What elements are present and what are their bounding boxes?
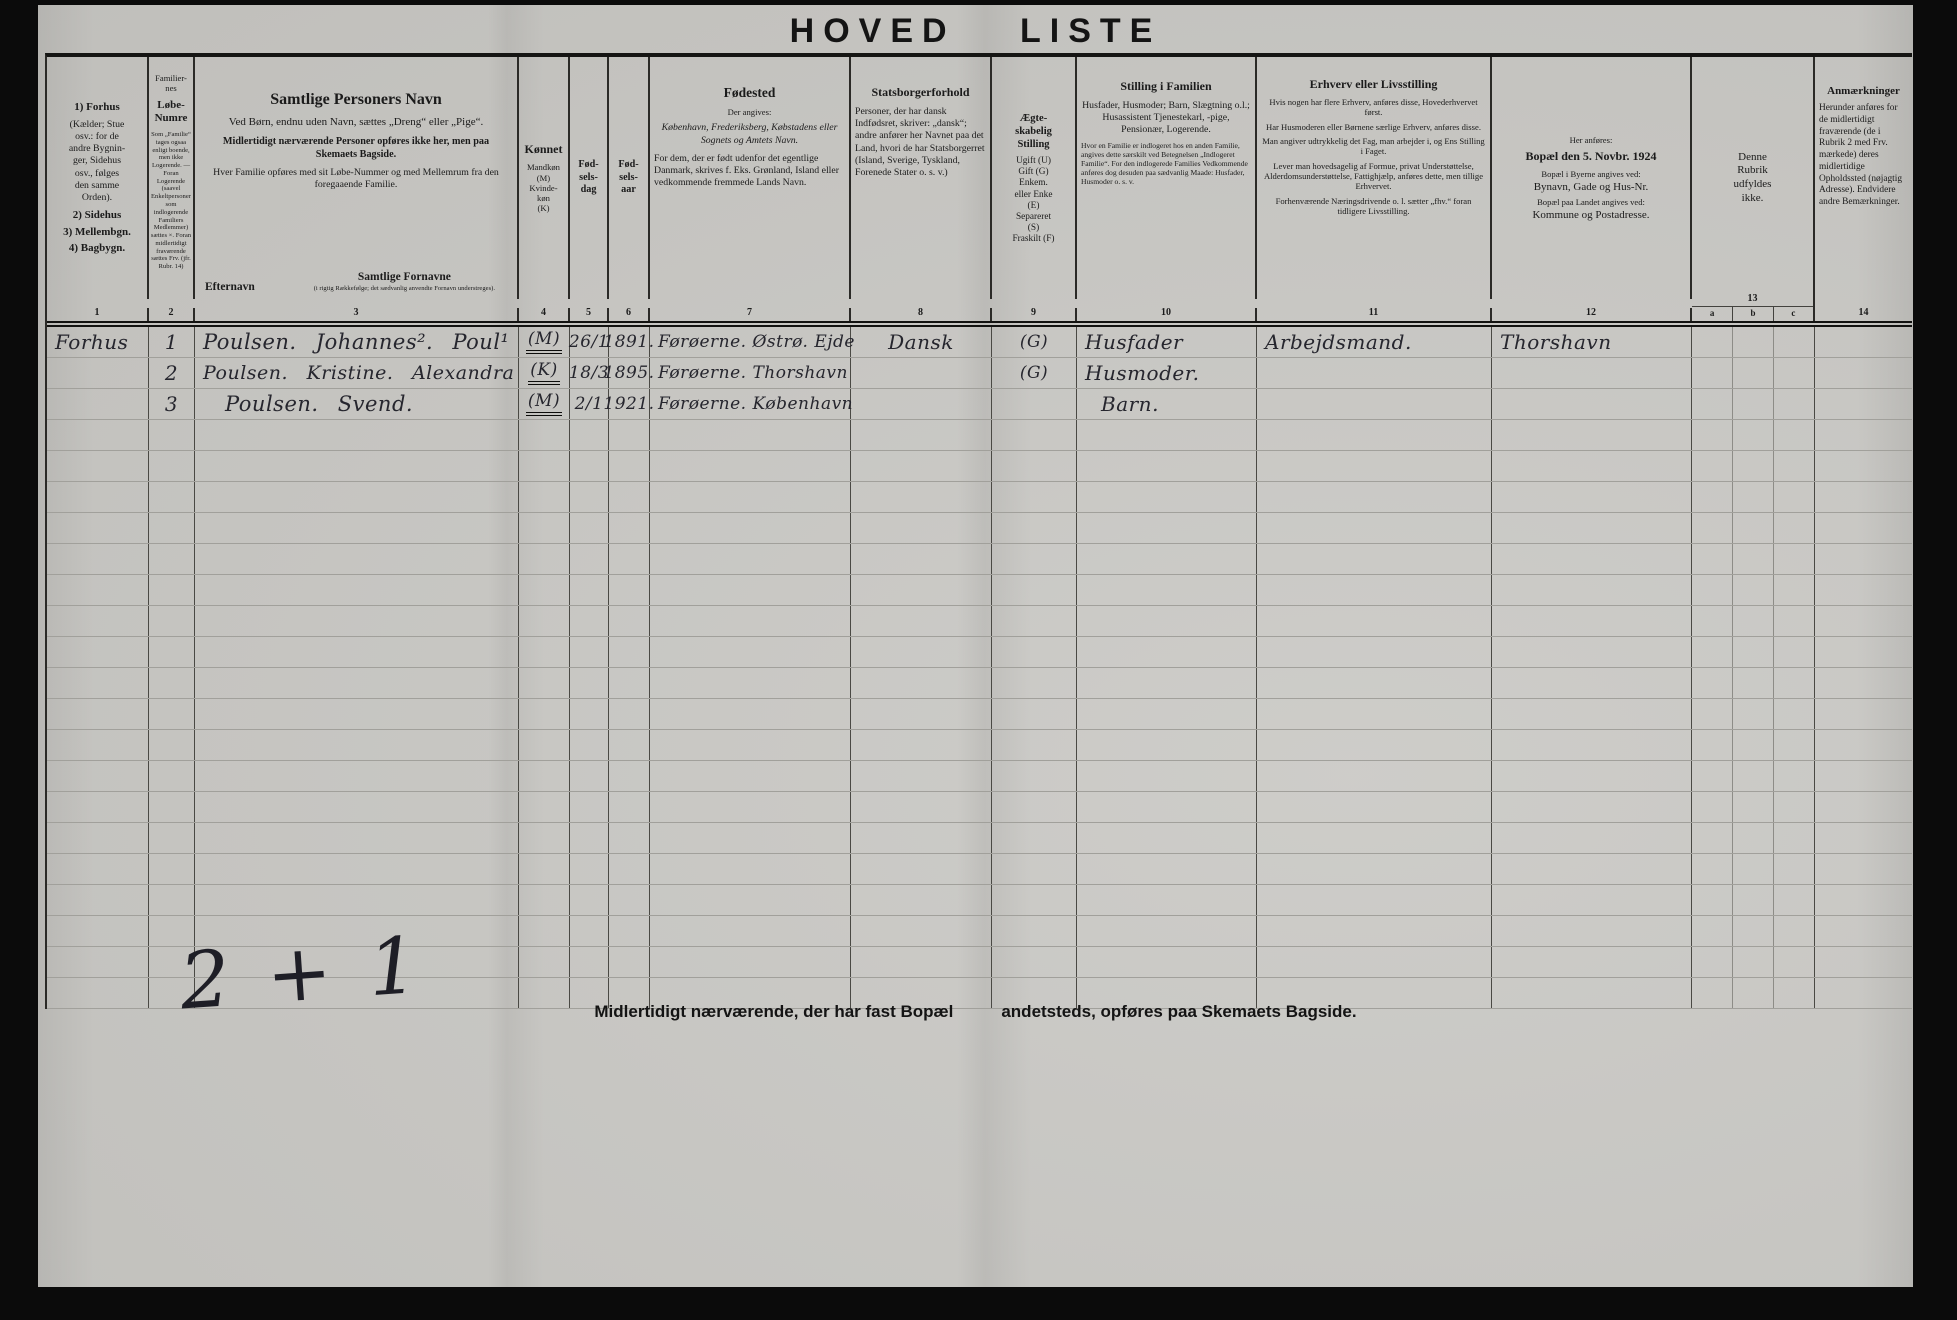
col-header-marital-status: Ægte- skabelig Stilling Ugift (U) Gift (… — [992, 57, 1077, 299]
col-num-6: 6 — [609, 308, 650, 321]
page-title: HOVED LISTE — [38, 12, 1913, 51]
table-row-empty — [47, 482, 1912, 513]
cell-residence: Thorshavn — [1492, 327, 1692, 357]
cell-citizenship: Dansk — [851, 327, 992, 357]
col-header-birth-day: Fød- sels- dag — [570, 57, 609, 299]
col-num-12: 12 — [1492, 308, 1692, 321]
cell-13a — [1692, 327, 1733, 357]
table-row-empty — [47, 792, 1912, 823]
cell-name: Poulsen. Johannes². Poul¹ — [195, 327, 519, 357]
col-num-10: 10 — [1077, 308, 1257, 321]
table-row-empty — [47, 451, 1912, 482]
cell-birthplace: Førøerne. København — [650, 389, 851, 419]
table-row-empty — [47, 823, 1912, 854]
footer-note-right: andetsteds, opføres paa Skemaets Bagside… — [1001, 1002, 1356, 1022]
col-header-sex: Kønnet Mandkøn (M) Kvinde- køn (K) — [519, 57, 570, 299]
col-num-8: 8 — [851, 308, 992, 321]
col-num-3: 3 — [195, 308, 519, 321]
col-header-family-position: Stilling i Familien Husfader, Husmoder; … — [1077, 57, 1257, 299]
col-num-11: 11 — [1257, 308, 1492, 321]
cell-remarks — [1815, 327, 1912, 357]
footer-note-left: Midlertidigt nærværende, der har fast Bo… — [594, 1002, 953, 1022]
cell-sex: (K) — [519, 358, 570, 388]
col-num-13-abc: a b c — [1692, 306, 1813, 321]
table-header: 1) Forhus (Kælder; Stue osv.: for de and… — [47, 57, 1912, 299]
col-header-family-number: Familier- nes Løbe- Numre Som „Familie“ … — [149, 57, 195, 299]
cell-number: 3 — [149, 389, 195, 419]
table-row-empty — [47, 513, 1912, 544]
cell-marital: (G) — [992, 358, 1077, 388]
table-row-empty — [47, 420, 1912, 451]
col-header-birth-year: Fød- sels- aar — [609, 57, 650, 299]
scanned-census-form: { "title": "HOVED LISTE", "colors": { "p… — [0, 0, 1957, 1320]
col-header-remarks: Anmærkninger Herunder anføres for de mid… — [1815, 57, 1912, 299]
col-num-14: 14 — [1815, 308, 1912, 321]
cell-number: 2 — [149, 358, 195, 388]
col-num-7: 7 — [650, 308, 851, 321]
col-header-office-use: Denne Rubrik udfyldes ikke. — [1692, 57, 1815, 299]
cell-birthplace: Førøerne. Thorshavn — [650, 358, 851, 388]
col-num-13: 13 a b c — [1692, 294, 1815, 321]
cell-13b — [1733, 327, 1774, 357]
cell-name: Poulsen. Svend. — [195, 389, 519, 419]
col-header-names: Samtlige Personers Navn Ved Børn, endnu … — [195, 57, 519, 299]
cell-13b — [1733, 358, 1774, 388]
cell-family-position: Barn. — [1077, 389, 1257, 419]
cell-birthplace: Førøerne. Østrø. Ejde — [650, 327, 851, 357]
col-num-9: 9 — [992, 308, 1077, 321]
table-row-empty — [47, 637, 1912, 668]
col-num-2: 2 — [149, 308, 195, 321]
col-num-13c: c — [1773, 307, 1813, 321]
cell-marital — [992, 389, 1077, 419]
cell-marital: (G) — [992, 327, 1077, 357]
cell-occupation: Arbejdsmand. — [1257, 327, 1492, 357]
cell-building — [47, 389, 149, 419]
table-row-empty — [47, 885, 1912, 916]
cell-remarks — [1815, 389, 1912, 419]
cell-13c — [1774, 358, 1815, 388]
cell-birth-year: 1895. — [609, 358, 650, 388]
table-row: Forhus 1 Poulsen. Johannes². Poul¹ (M) 2… — [47, 327, 1912, 358]
table-row-empty — [47, 761, 1912, 792]
table-row-empty — [47, 575, 1912, 606]
cell-residence — [1492, 389, 1692, 419]
footer-note: Midlertidigt nærværende, der har fast Bo… — [38, 1002, 1913, 1022]
cell-name: Poulsen. Kristine. Alexandra — [195, 358, 519, 388]
cell-13a — [1692, 389, 1733, 419]
names-subheader: Efternavn Samtlige Fornavne (i rigtig Ræ… — [199, 271, 513, 293]
column-number-row: 1 2 3 4 5 6 7 8 9 10 11 12 13 a b c 14 — [47, 299, 1912, 327]
table-row-empty — [47, 544, 1912, 575]
cell-birth-year: 1921. — [609, 389, 650, 419]
table-row: 2 Poulsen. Kristine. Alexandra (K) 18/3 … — [47, 358, 1912, 389]
cell-13c — [1774, 389, 1815, 419]
col-header-occupation: Erhverv eller Livsstilling Hvis nogen ha… — [1257, 57, 1492, 299]
cell-citizenship — [851, 358, 992, 388]
table-row-empty — [47, 606, 1912, 637]
cell-occupation — [1257, 389, 1492, 419]
cell-remarks — [1815, 358, 1912, 388]
col-num-4: 4 — [519, 308, 570, 321]
cell-residence — [1492, 358, 1692, 388]
cell-family-position: Husfader — [1077, 327, 1257, 357]
col-num-13b: b — [1732, 307, 1772, 321]
forenames-label: Samtlige Fornavne (i rigtig Rækkefølge; … — [314, 271, 495, 293]
col-header-residence: Her anføres: Bopæl den 5. Novbr. 1924 Bo… — [1492, 57, 1692, 299]
table-row: 3 Poulsen. Svend. (M) 2/1 1921. Førøerne… — [47, 389, 1912, 420]
table-body: Forhus 1 Poulsen. Johannes². Poul¹ (M) 2… — [47, 327, 1912, 1009]
document-page: HOVED LISTE 1) Forhus (Kælder; Stue osv.… — [38, 5, 1913, 1287]
table-row-empty — [47, 854, 1912, 885]
cell-sex: (M) — [519, 327, 570, 357]
col-header-citizenship: Statsborgerforhold Personer, der har dan… — [851, 57, 992, 299]
col-num-5: 5 — [570, 308, 609, 321]
cell-family-position: Husmoder. — [1077, 358, 1257, 388]
cell-sex: (M) — [519, 389, 570, 419]
col-header-birthplace: Fødested Der angives: København, Frederi… — [650, 57, 851, 299]
census-table: 1) Forhus (Kælder; Stue osv.: for de and… — [45, 53, 1912, 1009]
cell-13b — [1733, 389, 1774, 419]
table-row-empty — [47, 668, 1912, 699]
table-row-empty — [47, 699, 1912, 730]
cell-citizenship — [851, 389, 992, 419]
cell-13a — [1692, 358, 1733, 388]
col-num-1: 1 — [47, 308, 149, 321]
cell-building: Forhus — [47, 327, 149, 357]
cell-building — [47, 358, 149, 388]
table-row-empty — [47, 730, 1912, 761]
cell-occupation — [1257, 358, 1492, 388]
col-num-13a: a — [1692, 307, 1732, 321]
surname-label: Efternavn — [199, 281, 255, 293]
col-header-building: 1) Forhus (Kælder; Stue osv.: for de and… — [47, 57, 149, 299]
cell-number: 1 — [149, 327, 195, 357]
cell-birth-year: 1891. — [609, 327, 650, 357]
cell-13c — [1774, 327, 1815, 357]
